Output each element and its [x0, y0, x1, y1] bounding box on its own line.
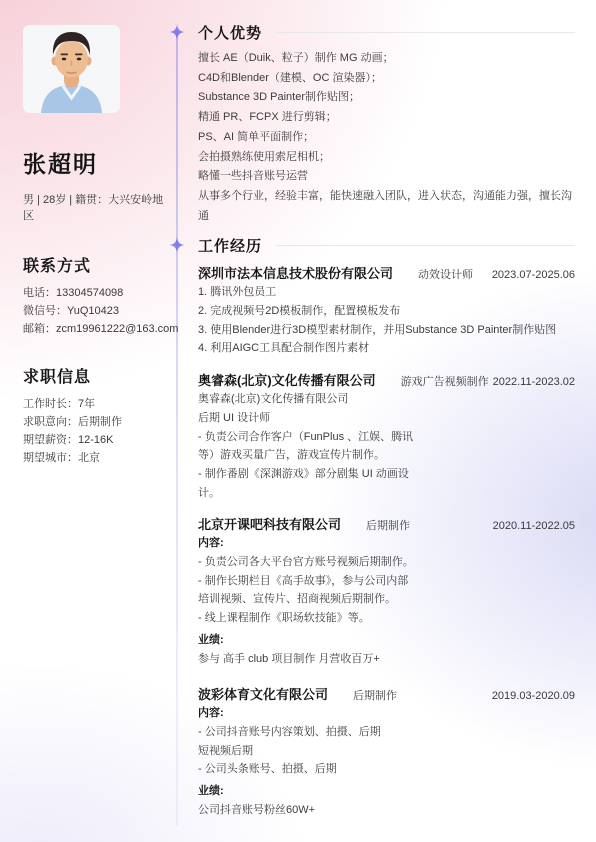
- contact-section: 联系方式 电话：13304574098 微信号：YuQ10423 邮箱：zcm1…: [23, 253, 165, 338]
- job-detail: 公司抖音账号粉丝60W+: [198, 801, 575, 820]
- advantages-section: 个人优势 擅长 AE（Duik、粒子）制作 MG 动画； C4D和Blender…: [198, 23, 575, 226]
- job-detail: 1. 腾讯外包员工: [198, 283, 575, 302]
- job-detail: 培训视频、宣传片、招商视频后期制作。: [198, 590, 575, 609]
- contact-wechat: 微信号：YuQ10423: [23, 302, 165, 320]
- intent-city: 期望城市：北京: [23, 449, 165, 467]
- job-company: 波彩体育文化有限公司: [198, 684, 328, 703]
- advantage-item: 略懂一些抖音账号运营: [198, 167, 575, 187]
- job-content-label: 内容:: [198, 704, 575, 723]
- sidebar: 张超明 男 | 28岁 | 籍贯：大兴安岭地区 联系方式 电话：13304574…: [23, 25, 165, 467]
- experience-title: 工作经历: [198, 235, 262, 256]
- job-detail: - 公司抖音账号内容策划、拍摄、后期: [198, 723, 575, 742]
- id-photo-illustration: [23, 25, 120, 113]
- job-role: 后期制作: [366, 517, 410, 533]
- job-detail: - 负责公司合作客户（FunPlus 、江娱、腾讯: [198, 428, 575, 447]
- profile-photo: [23, 25, 120, 113]
- job-intent-title: 求职信息: [23, 364, 165, 387]
- job-detail: - 制作番剧《深渊游戏》部分剧集 UI 动画设: [198, 465, 575, 484]
- job-detail: 2. 完成视频号2D模板制作，配置模板发布: [198, 302, 575, 321]
- job-content-label: 内容:: [198, 534, 575, 553]
- advantage-item: Substance 3D Painter制作贴图；: [198, 88, 575, 108]
- job-detail: 参与 高手 club 项目制作 月营收百万+: [198, 650, 575, 669]
- job-detail: 3. 使用Blender进行3D模型素材制作，并用Substance 3D Pa…: [198, 321, 575, 340]
- contact-phone: 电话：13304574098: [23, 284, 165, 302]
- divider-vertical: [176, 30, 178, 826]
- job-detail: - 公司头条账号、拍摄、后期: [198, 760, 575, 779]
- job-entry: 波彩体育文化有限公司 后期制作 2019.03-2020.09 内容: - 公司…: [198, 684, 575, 819]
- job-role: 后期制作: [353, 687, 397, 703]
- job-detail: - 负责公司各大平台官方账号视频后期制作。: [198, 553, 575, 572]
- job-intent-section: 求职信息 工作时长：7年 求职意向：后期制作 期望薪资：12-16K 期望城市：…: [23, 364, 165, 467]
- job-entry: 北京开课吧科技有限公司 后期制作 2020.11-2022.05 内容: - 负…: [198, 514, 575, 668]
- job-achievement-label: 业绩:: [198, 631, 575, 650]
- candidate-meta: 男 | 28岁 | 籍贯：大兴安岭地区: [23, 191, 165, 223]
- job-detail: - 制作长期栏目《高手故事》，参与公司内部: [198, 572, 575, 591]
- advantage-item: 从事多个行业，经验丰富，能快速融入团队，进入状态，沟通能力强，擅长沟通: [198, 187, 575, 226]
- advantages-title: 个人优势: [198, 22, 262, 43]
- sparkle-icon: [168, 23, 186, 41]
- section-rule: [276, 245, 575, 246]
- job-role: 动效设计师: [418, 266, 473, 282]
- job-company: 北京开课吧科技有限公司: [198, 514, 341, 533]
- advantage-item: 擅长 AE（Duik、粒子）制作 MG 动画；: [198, 49, 575, 69]
- job-period: 2020.11-2022.05: [493, 520, 575, 532]
- advantage-item: 精通 PR、FCPX 进行剪辑；: [198, 108, 575, 128]
- job-period: 2023.07-2025.06: [492, 269, 575, 281]
- candidate-name: 张超明: [23, 146, 165, 179]
- sparkle-icon: [168, 236, 186, 254]
- job-period: 2022.11-2023.02: [493, 376, 575, 388]
- intent-target-role: 求职意向：后期制作: [23, 413, 165, 431]
- job-period: 2019.03-2020.09: [492, 690, 575, 702]
- advantage-item: PS、AI 简单平面制作；: [198, 128, 575, 148]
- job-detail: 奥睿森(北京)文化传播有限公司: [198, 390, 575, 409]
- job-role: 游戏广告视频制作: [401, 373, 489, 389]
- job-entry: 深圳市法本信息技术股份有限公司 动效设计师 2023.07-2025.06 1.…: [198, 263, 575, 358]
- advantage-item: 会拍摄熟练使用索尼相机；: [198, 148, 575, 168]
- experience-section: 工作经历 深圳市法本信息技术股份有限公司 动效设计师 2023.07-2025.…: [198, 236, 575, 819]
- job-detail: 短视频后期: [198, 742, 575, 761]
- section-rule: [276, 32, 575, 33]
- intent-salary: 期望薪资：12-16K: [23, 431, 165, 449]
- advantage-item: C4D和Blender（建模、OC 渲染器）；: [198, 69, 575, 89]
- intent-work-years: 工作时长：7年: [23, 395, 165, 413]
- job-detail: 计。: [198, 484, 575, 503]
- contact-title: 联系方式: [23, 253, 165, 276]
- job-achievement-label: 业绩:: [198, 782, 575, 801]
- job-entry: 奥睿森(北京)文化传播有限公司 游戏广告视频制作 2022.11-2023.02…: [198, 370, 575, 502]
- job-detail: - 线上课程制作《职场软技能》等。: [198, 609, 575, 628]
- contact-email: 邮箱：zcm19961222@163.com: [23, 320, 165, 338]
- job-detail: 等）游戏买量广告，游戏宣传片制作。: [198, 446, 575, 465]
- job-detail: 后期 UI 设计师: [198, 409, 575, 428]
- job-company: 奥睿森(北京)文化传播有限公司: [198, 370, 376, 389]
- main-content: 个人优势 擅长 AE（Duik、粒子）制作 MG 动画； C4D和Blender…: [198, 23, 575, 820]
- job-company: 深圳市法本信息技术股份有限公司: [198, 263, 393, 282]
- job-detail: 4. 利用AIGC工具配合制作图片素材: [198, 339, 575, 358]
